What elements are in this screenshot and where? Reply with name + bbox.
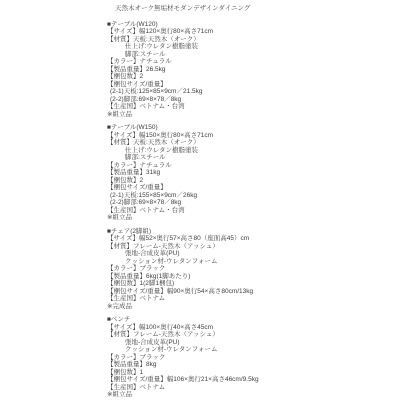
spec-line: 【生産国】ベトナム: [107, 384, 397, 392]
spec-line: 【カラー】ナチュラル: [107, 162, 397, 170]
spec-line: 【材質】フレーム-天然木（アッシュ）: [107, 243, 397, 251]
spec-line: 【梱包サイズ/重量】: [107, 81, 397, 89]
section-chair: ■チェア(2脚組) 【サイズ】幅52×奥行57×高さ80（座面高45）cm 【材…: [107, 228, 397, 311]
spec-line: 【生産国】ベトナム・台湾: [107, 103, 397, 111]
spec-line: 【カラー】ブラック: [107, 265, 397, 273]
spec-line: ※組立品: [107, 111, 397, 119]
section-heading: ■テーブル(W150): [107, 124, 397, 132]
spec-line: 【梱包サイズ/重量】幅106×奥行21×高さ46cm/9.5kg: [107, 376, 397, 384]
spec-line: ※完成品: [107, 303, 397, 311]
spec-line: 【梱包数】1: [107, 369, 397, 377]
spec-line: 【サイズ】幅150×奥行80×高さ71cm: [107, 132, 397, 140]
spec-line: クッション材-ウレタンフォーム: [107, 258, 397, 266]
section-heading: ■テーブル(W120): [107, 21, 397, 29]
page-title: 天然木オーク無垢材モダンデザインダイニング: [115, 5, 397, 13]
spec-line: 【カラー】ブラック: [107, 354, 397, 362]
section-table-w120: ■テーブル(W120) 【サイズ】幅120×奥行80×高さ71cm 【材質】天板…: [107, 21, 397, 119]
spec-line: 脚部:スチール: [107, 51, 397, 59]
spec-line: クッション材-ウレタンフォーム: [107, 346, 397, 354]
spec-line: 【製品重量】31kg: [107, 169, 397, 177]
section-table-w150: ■テーブル(W150) 【サイズ】幅150×奥行80×高さ71cm 【材質】天板…: [107, 124, 397, 222]
spec-line: (2-2)脚部:69×8×78／8kg: [107, 199, 397, 207]
product-spec-page: 天然木オーク無垢材モダンデザインダイニング ■テーブル(W120) 【サイズ】幅…: [107, 5, 397, 400]
spec-line: 【材質】天板:天然木（オーク）: [107, 139, 397, 147]
spec-line: 仕上げ:ウレタン樹脂塗装: [107, 43, 397, 51]
spec-line: 【材質】天板:天然木（オーク）: [107, 36, 397, 44]
spec-line: 張地-合成皮革(PU): [107, 339, 397, 347]
spec-line: 仕上げ:ウレタン樹脂塗装: [107, 147, 397, 155]
spec-line: 【カラー】ナチュラル: [107, 58, 397, 66]
spec-line: 【生産国】ベトナム・台湾: [107, 207, 397, 215]
spec-line: 【梱包サイズ/重量】: [107, 184, 397, 192]
spec-line: 【梱包サイズ/重量】幅90×奥行54×高さ80cm/13kg: [107, 288, 397, 296]
spec-line: 【製品重量】8kg: [107, 361, 397, 369]
spec-line: 【梱包数】2: [107, 177, 397, 185]
spec-line: 脚部:スチール: [107, 154, 397, 162]
section-heading: ■ベンチ: [107, 316, 397, 324]
spec-line: 【サイズ】幅52×奥行57×高さ80（座面高45）cm: [107, 235, 397, 243]
spec-line: 【サイズ】幅100×奥行40×高さ45cm: [107, 324, 397, 332]
spec-line: 【生産国】ベトナム: [107, 295, 397, 303]
spec-line: 【製品重量】26.5kg: [107, 66, 397, 74]
section-heading: ■チェア(2脚組): [107, 228, 397, 236]
spec-line: 【サイズ】幅120×奥行80×高さ71cm: [107, 28, 397, 36]
spec-line: (2-2)脚部:69×8×78／8kg: [107, 96, 397, 104]
spec-line: 【材質】フレーム-天然木（アッシュ）: [107, 331, 397, 339]
spec-line: (2-1)天板:155×85×9cm／26kg: [107, 192, 397, 200]
spec-line: ※組立品: [107, 214, 397, 222]
spec-line: 【梱包数】1(2脚1梱包): [107, 280, 397, 288]
spec-line: 張地-合成皮革(PU): [107, 250, 397, 258]
section-bench: ■ベンチ 【サイズ】幅100×奥行40×高さ45cm 【材質】フレーム-天然木（…: [107, 316, 397, 399]
spec-line: 【製品重量】6kg(1脚あたり): [107, 273, 397, 281]
spec-line: 【梱包数】2: [107, 73, 397, 81]
spec-line: ※組立品: [107, 391, 397, 399]
spec-line: (2-1)天板:125×85×9cm／21.5kg: [107, 88, 397, 96]
